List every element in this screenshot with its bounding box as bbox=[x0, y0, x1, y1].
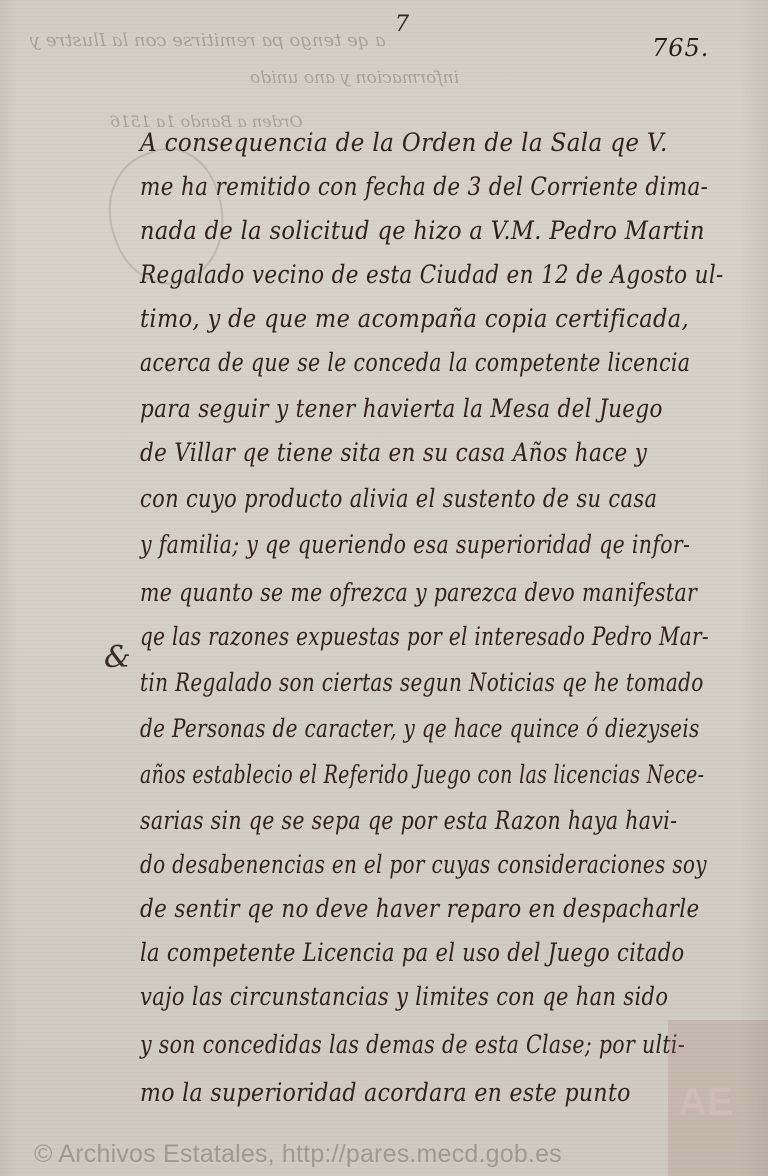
archive-stamp-text: AE bbox=[678, 1080, 734, 1125]
manuscript-line: mo la superioridad acordara en este punt… bbox=[140, 1078, 631, 1107]
manuscript-line: Regalado vecino de esta Ciudad en 12 de … bbox=[140, 260, 724, 289]
margin-note: & bbox=[104, 640, 131, 675]
manuscript-line: do desabenencias en el por cuyas conside… bbox=[140, 850, 707, 879]
manuscript-line: me ha remitido con fecha de 3 del Corrie… bbox=[140, 172, 708, 201]
manuscript-line: vajo las circunstancias y limites con qe… bbox=[140, 982, 668, 1011]
bleed-through-text: informacion y ano unido bbox=[250, 68, 459, 88]
manuscript-line: la competente Licencia pa el uso del Jue… bbox=[140, 938, 685, 967]
manuscript-line: tin Regalado son ciertas segun Noticias … bbox=[140, 668, 704, 697]
manuscript-line: timo, y de que me acompaña copia certifi… bbox=[140, 304, 689, 333]
manuscript-line: sarias sin qe se sepa qe por esta Razon … bbox=[140, 806, 677, 835]
manuscript-line: y son concedidas las demas de esta Clase… bbox=[140, 1030, 685, 1059]
manuscript-line: y familia; y qe queriendo esa superiorid… bbox=[140, 530, 690, 559]
manuscript-line: qe las razones expuestas por el interesa… bbox=[140, 622, 709, 651]
manuscript-line: con cuyo producto alivia el sustento de … bbox=[140, 484, 657, 513]
folio-number: 765. bbox=[652, 34, 709, 62]
manuscript-line: me quanto se me ofrezca y parezca devo m… bbox=[140, 578, 697, 607]
manuscript-line: acerca de que se le conceda la competent… bbox=[140, 348, 690, 377]
manuscript-line: de Personas de caracter, y qe hace quinc… bbox=[140, 714, 700, 743]
copyright-watermark: © Archivos Estatales, http://pares.mecd.… bbox=[34, 1140, 562, 1169]
manuscript-line: nada de la solicitud qe hizo a V.M. Pedr… bbox=[140, 216, 705, 245]
folio-mark: 7 bbox=[395, 12, 409, 37]
manuscript-line: de Villar qe tiene sita en su casa Años … bbox=[140, 438, 647, 467]
manuscript-page: a qe tengo pa remitirse con la Ilustre y… bbox=[0, 0, 768, 1176]
manuscript-line: de sentir qe no deve haver reparo en des… bbox=[140, 894, 700, 923]
manuscript-line: años establecio el Referido Juego con la… bbox=[140, 760, 704, 789]
manuscript-line: para seguir y tener havierta la Mesa del… bbox=[140, 394, 663, 423]
manuscript-line: A consequencia de la Orden de la Sala qe… bbox=[140, 128, 668, 157]
bleed-through-text: a qe tengo pa remitirse con la Ilustre y bbox=[30, 30, 386, 51]
